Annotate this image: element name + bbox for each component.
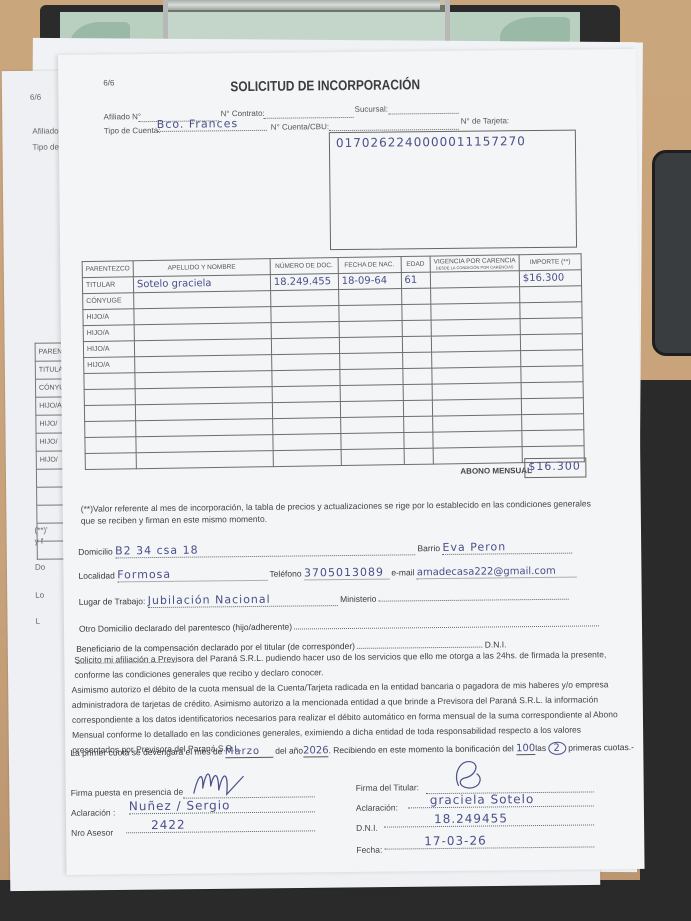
cell-parentezco: HIJO/A xyxy=(83,309,134,326)
trabajo-field[interactable]: Jubilación Nacional xyxy=(148,592,338,608)
cell-fecha-nac[interactable]: 18-09-64 xyxy=(338,273,401,290)
cell-doc[interactable] xyxy=(273,450,341,467)
form-title: SOLICITUD DE INCORPORACIÓN xyxy=(230,76,420,94)
cell-importe[interactable] xyxy=(520,350,582,367)
domicilio-row: Domicilio B2 34 csa 18 Barrio Eva Peron xyxy=(78,539,598,558)
cell-vigencia[interactable] xyxy=(430,271,519,288)
contrato-field[interactable] xyxy=(264,116,354,119)
localidad-label: Localidad xyxy=(78,570,114,580)
cell-doc[interactable]: 18.249.455 xyxy=(270,274,338,291)
cell-importe[interactable] xyxy=(519,286,581,303)
presencia-label: Firma puesta en presencia de xyxy=(71,787,184,798)
signature-right: Firma del Titular: Aclaración: graciela … xyxy=(356,772,607,857)
cuotas-cantidad-field[interactable]: 2 xyxy=(548,742,566,755)
cell-parentezco: CÓNYUGE xyxy=(83,293,134,310)
col-importe: IMPORTE (**) xyxy=(519,254,581,271)
aclaracion-left-field[interactable]: Nuñez / Sergio xyxy=(129,797,315,814)
titular-signature-label: Firma del Titular: xyxy=(356,782,419,793)
cell-nombre[interactable] xyxy=(136,451,273,469)
cell-edad[interactable] xyxy=(402,336,432,352)
cell-doc[interactable] xyxy=(271,338,339,355)
cell-vigencia[interactable] xyxy=(431,287,520,304)
cell-edad[interactable] xyxy=(402,368,432,384)
asesor-label: Nro Asesor xyxy=(71,827,113,837)
back-fragment: (**)' xyxy=(34,526,47,535)
members-table: PARENTEZCO APELLIDO Y NOMBRE NÚMERO DE D… xyxy=(82,253,585,470)
cell-vigencia[interactable] xyxy=(433,447,522,464)
cell-edad[interactable] xyxy=(402,320,432,336)
cell-vigencia[interactable] xyxy=(433,415,522,432)
otro-domicilio-field[interactable] xyxy=(294,616,599,629)
cell-parentezco xyxy=(85,437,136,454)
email-field[interactable]: amadecasa222@gmail.com xyxy=(417,566,577,580)
abono-value: $16.300 xyxy=(528,460,581,474)
cell-doc[interactable] xyxy=(272,370,340,387)
barrio-field[interactable]: Eva Peron xyxy=(442,540,572,555)
cell-edad[interactable] xyxy=(401,288,431,304)
cell-vigencia[interactable] xyxy=(431,319,520,336)
back-fragment: L xyxy=(35,617,40,626)
col-fecha: FECHA DE NAC. xyxy=(338,257,401,274)
cell-parentezco xyxy=(84,389,135,406)
cell-doc[interactable] xyxy=(273,434,341,451)
barrio-label: Barrio xyxy=(417,543,440,553)
telefono-field[interactable]: 3705013089 xyxy=(304,566,389,581)
cell-parentezco xyxy=(84,405,135,422)
asesor-field[interactable]: 2422 xyxy=(126,816,315,833)
cell-edad[interactable] xyxy=(402,352,432,368)
bonificacion-field[interactable]: 100 xyxy=(516,743,535,755)
col-vigencia-subtitle: DESDE LA CONDICIÓN POR CARENCIAS xyxy=(434,264,516,270)
cell-vigencia[interactable] xyxy=(433,431,522,448)
aclaracion-right-field[interactable]: graciela Sotelo xyxy=(408,791,594,808)
cell-doc[interactable] xyxy=(272,402,340,419)
fecha-label: Fecha: xyxy=(356,845,382,855)
cell-fecha-nac[interactable] xyxy=(340,385,403,402)
abono-box[interactable]: $16.300 xyxy=(524,457,586,478)
back-fragment: Lo xyxy=(35,591,44,600)
cell-vigencia[interactable] xyxy=(432,383,521,400)
trabajo-label: Lugar de Trabajo: xyxy=(79,596,146,607)
signature-left: Firma puesta en presencia de Aclaración … xyxy=(71,777,322,842)
col-parentezco: PARENTEZCO xyxy=(82,261,133,278)
cell-vigencia[interactable] xyxy=(432,399,521,416)
cell-importe[interactable] xyxy=(521,398,583,415)
cell-doc[interactable] xyxy=(271,354,339,371)
back-fragment: y f xyxy=(35,537,44,546)
cell-importe[interactable] xyxy=(520,318,582,335)
form-sheet: 6/6 SOLICITUD DE INCORPORACIÓN Afiliado … xyxy=(58,49,645,875)
cell-edad[interactable] xyxy=(404,448,434,464)
cuota-mes-field[interactable]: Marzo xyxy=(225,746,273,759)
cell-parentezco: TITULAR xyxy=(82,277,133,294)
price-note: (**)Valor referente al mes de incorporac… xyxy=(81,497,601,526)
aclaracion-right-label: Aclaración: xyxy=(356,802,398,812)
cuota-anio-label: del año xyxy=(275,745,303,755)
col-edad: EDAD xyxy=(401,256,431,272)
cell-importe[interactable] xyxy=(522,430,584,447)
cell-doc[interactable] xyxy=(270,290,338,307)
col-vigencia: VIGENCIA POR CARENCIA DESDE LA CONDICIÓN… xyxy=(430,255,519,272)
cell-parentezco: HIJO/A xyxy=(83,341,134,358)
col-doc: NÚMERO DE DOC. xyxy=(270,258,338,275)
cell-edad[interactable] xyxy=(403,416,433,432)
cell-importe[interactable] xyxy=(520,334,582,351)
cell-parentezco xyxy=(84,373,135,390)
telefono-label: Teléfono xyxy=(269,568,301,578)
back-page-number: 6/6 xyxy=(30,93,41,102)
email-label: e-mail xyxy=(391,567,414,577)
sucursal-label: Sucursal: xyxy=(355,105,388,114)
cell-vigencia[interactable] xyxy=(432,367,521,384)
trabajo-row: Lugar de Trabajo: Jubilación Nacional Mi… xyxy=(79,589,599,608)
cell-importe[interactable] xyxy=(522,414,584,431)
otro-domicilio-label: Otro Domicilio declarado del parentesco … xyxy=(79,622,292,634)
cuota-prefix: La primer cuota se devengara el mes de xyxy=(70,746,222,758)
cell-fecha-nac[interactable] xyxy=(339,353,402,370)
tipo-cuenta-label: Tipo de Cuenta: xyxy=(104,126,161,136)
cell-fecha-nac[interactable] xyxy=(339,321,402,338)
domicilio-label: Domicilio xyxy=(78,546,113,556)
cell-doc[interactable] xyxy=(271,322,339,339)
dni-field[interactable]: 18.249455 xyxy=(384,810,594,827)
cell-parentezco xyxy=(85,453,136,470)
back-fragment: Do xyxy=(35,563,45,572)
cell-edad[interactable] xyxy=(403,384,433,400)
cell-edad[interactable]: 61 xyxy=(401,272,431,288)
cell-edad[interactable] xyxy=(403,400,433,416)
localidad-row: Localidad Formosa Teléfono 3705013089 e-… xyxy=(78,563,618,583)
cell-importe[interactable] xyxy=(521,366,583,383)
cell-importe[interactable] xyxy=(521,382,583,399)
abono-label: ABONO MENSUAL xyxy=(460,466,532,476)
otro-domicilio-row: Otro Domicilio declarado del parentesco … xyxy=(79,616,604,633)
aclaracion-left-label: Aclaración : xyxy=(71,807,116,817)
advisor-signature-scribble xyxy=(188,768,248,799)
phone xyxy=(652,150,691,356)
cell-parentezco xyxy=(85,421,136,438)
titular-signature-scribble xyxy=(450,756,490,794)
cbu-value: 0170262240000011157270 xyxy=(336,134,526,150)
cell-importe[interactable]: $16.300 xyxy=(519,270,581,287)
cell-doc[interactable] xyxy=(272,386,340,403)
dni-label: D.N.I. xyxy=(356,823,378,833)
domicilio-field[interactable]: B2 34 csa 18 xyxy=(115,541,415,558)
ministerio-label: Ministerio xyxy=(340,594,376,604)
cuota-middle: . Recibiendo en este momento la bonifica… xyxy=(328,743,513,755)
cell-fecha-nac[interactable] xyxy=(339,337,402,354)
sucursal-field[interactable] xyxy=(389,112,459,115)
cell-fecha-nac[interactable] xyxy=(341,449,404,466)
tipo-cuenta-field[interactable]: Bco. Frances xyxy=(157,117,267,132)
fecha-field[interactable]: 17-03-26 xyxy=(384,832,594,849)
beneficiario-field[interactable] xyxy=(357,638,482,649)
cell-parentezco: HIJO/A xyxy=(83,325,134,342)
cell-doc[interactable] xyxy=(271,306,339,323)
cell-fecha-nac[interactable] xyxy=(340,401,403,418)
cell-vigencia[interactable] xyxy=(431,335,520,352)
cell-fecha-nac[interactable] xyxy=(340,417,403,434)
localidad-field[interactable]: Formosa xyxy=(117,567,267,583)
clipboard-side xyxy=(640,380,691,900)
cuota-anio-field[interactable]: 2026 xyxy=(303,745,329,757)
cell-edad[interactable] xyxy=(403,432,433,448)
cell-fecha-nac[interactable] xyxy=(338,289,401,306)
cell-fecha-nac[interactable] xyxy=(340,369,403,386)
afiliado-label: Afiliado N° xyxy=(104,112,142,121)
cell-fecha-nac[interactable] xyxy=(339,305,402,322)
cell-parentezco: HIJO/A xyxy=(84,357,135,374)
cuota-suffix: primeras cuotas.- xyxy=(568,742,634,753)
cbu-box[interactable]: 0170262240000011157270 xyxy=(329,130,577,251)
cell-doc[interactable] xyxy=(272,418,340,435)
cell-edad[interactable] xyxy=(401,304,431,320)
cuota-las-label: las xyxy=(535,743,546,753)
page-number: 6/6 xyxy=(103,78,114,87)
cell-importe[interactable] xyxy=(520,302,582,319)
cuenta-cbu-label: N° Cuenta/CBU: xyxy=(271,122,329,132)
ministerio-field[interactable] xyxy=(379,590,569,602)
tarjeta-label: N° de Tarjeta: xyxy=(461,116,510,126)
cell-fecha-nac[interactable] xyxy=(341,433,404,450)
cell-vigencia[interactable] xyxy=(432,351,521,368)
cell-vigencia[interactable] xyxy=(431,303,520,320)
